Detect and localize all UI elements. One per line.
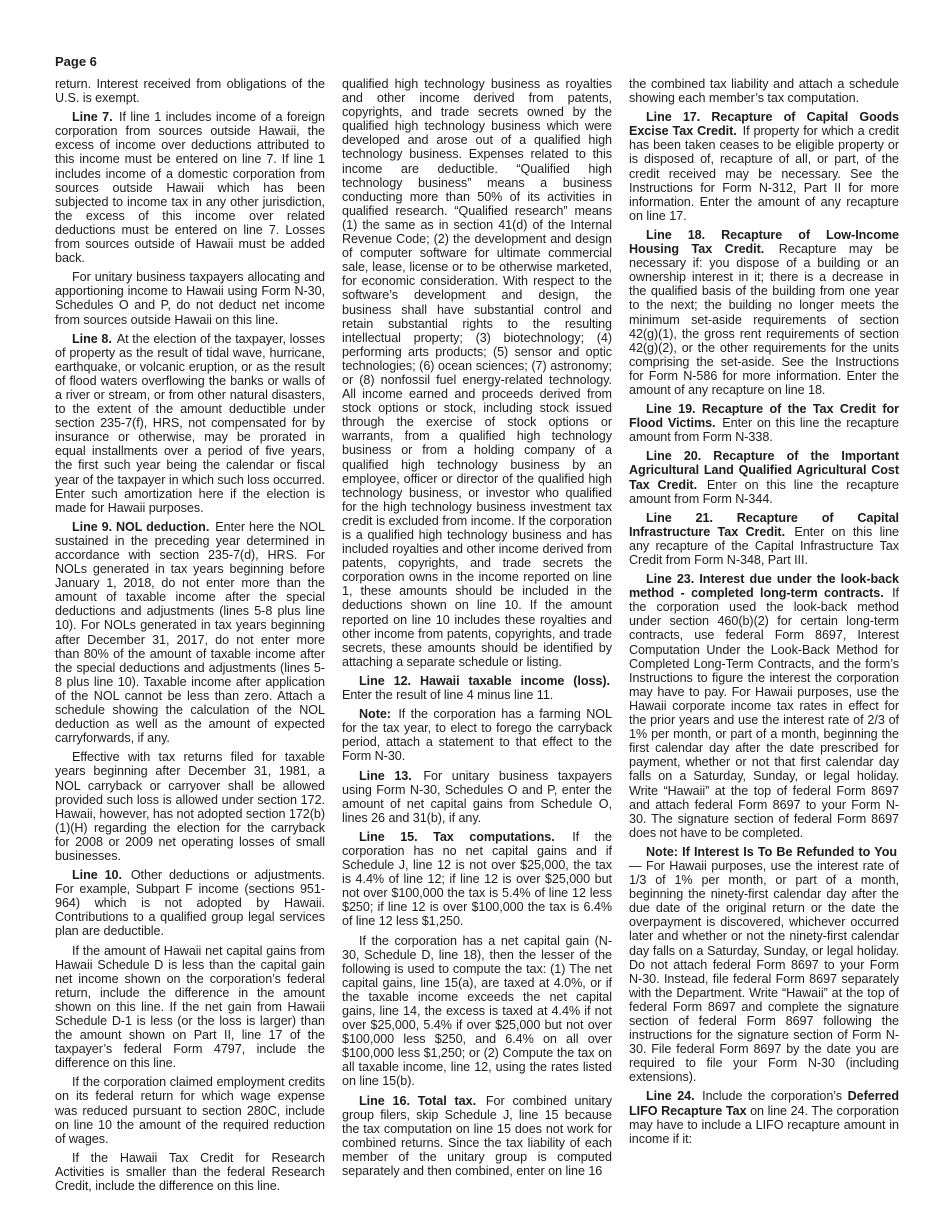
paragraph: return. Interest received from obligatio… xyxy=(55,77,325,105)
paragraph: Line 19. Recapture of the Tax Credit for… xyxy=(629,402,899,444)
text-column-1: return. Interest received from obligatio… xyxy=(55,77,325,1199)
body-text: Enter here the NOL sustained in the prec… xyxy=(55,520,325,745)
paragraph: Line 21. Recapture of Capital Infrastruc… xyxy=(629,511,899,567)
paragraph: Line 15. Tax computations. If the corpor… xyxy=(342,830,612,929)
body-text: Include the corporation’s xyxy=(697,1089,848,1103)
paragraph: Line 7. If line 1 includes income of a f… xyxy=(55,110,325,265)
bold-lead-text: Note: xyxy=(359,707,393,721)
bold-lead-text: Line 24. xyxy=(646,1089,697,1103)
bold-lead-text: Line 8. xyxy=(72,332,114,346)
paragraph: If the corporation has a net capital gai… xyxy=(342,934,612,1089)
paragraph: Line 17. Recapture of Capital Goods Exci… xyxy=(629,110,899,223)
body-text: qualified high technology business as ro… xyxy=(342,77,612,669)
body-text: Recapture may be necessary if: you dispo… xyxy=(629,242,899,397)
body-text: For unitary business taxpayers allocatin… xyxy=(55,270,325,326)
paragraph: Line 13. For unitary business taxpayers … xyxy=(342,769,612,825)
paragraph: For Hawaii income tax purposes, taxable … xyxy=(55,1198,325,1199)
body-text: If the corporation used the look-back me… xyxy=(629,586,899,840)
text-column-2: qualified high technology business as ro… xyxy=(342,77,612,1199)
paragraph: Line 12. Hawaii taxable income (loss). E… xyxy=(342,674,612,702)
body-text: For Hawaii income tax purposes, taxable … xyxy=(55,1198,325,1199)
paragraph: qualified high technology business as ro… xyxy=(342,77,612,669)
bold-lead-text: Line 15. Tax computations. xyxy=(359,830,557,844)
bold-lead-text: Line 16. Total tax. xyxy=(359,1094,478,1108)
bold-lead-text: Note: If Interest Is To Be Refunded to Y… xyxy=(646,845,899,859)
paragraph: Line 18. Recapture of Low-Income Housing… xyxy=(629,228,899,397)
text-columns: return. Interest received from obligatio… xyxy=(0,69,950,1199)
bold-lead-text: Line 10. xyxy=(72,868,124,882)
text-column-3: the combined tax liability and attach a … xyxy=(629,77,899,1199)
paragraph: Line 20. Recapture of the Important Agri… xyxy=(629,449,899,505)
body-text: If the amount of Hawaii net capital gain… xyxy=(55,944,325,1071)
bold-lead-text: Line 12. Hawaii taxable income (loss). xyxy=(359,674,612,688)
paragraph: Line 24. Include the corporation’s Defer… xyxy=(629,1089,899,1145)
body-text: return. Interest received from obligatio… xyxy=(55,77,325,105)
document-page: Page 6 return. Interest received from ob… xyxy=(0,0,950,1230)
paragraph: Line 23. Interest due under the look-bac… xyxy=(629,572,899,840)
body-text: Enter the result of line 4 minus line 11… xyxy=(342,688,553,702)
paragraph: Line 8. At the election of the taxpayer,… xyxy=(55,332,325,515)
bold-lead-text: Line 9. NOL deduction. xyxy=(72,520,211,534)
paragraph: Line 10. Other deductions or adjustments… xyxy=(55,868,325,938)
paragraph: Line 9. NOL deduction. Enter here the NO… xyxy=(55,520,325,746)
body-text: If line 1 includes income of a foreign c… xyxy=(55,110,325,265)
paragraph: the combined tax liability and attach a … xyxy=(629,77,899,105)
bold-lead-text: Line 13. xyxy=(359,769,414,783)
bold-lead-text: Line 7. xyxy=(72,110,115,124)
page-number-header: Page 6 xyxy=(0,0,950,69)
paragraph: Note: If the corporation has a farming N… xyxy=(342,707,612,763)
body-text: If property for which a credit has been … xyxy=(629,124,899,223)
paragraph: Effective with tax returns filed for tax… xyxy=(55,750,325,863)
paragraph: If the corporation claimed employment cr… xyxy=(55,1075,325,1145)
paragraph: Note: If Interest Is To Be Refunded to Y… xyxy=(629,845,899,1085)
bold-lead-text: Line 23. Interest due under the look-bac… xyxy=(629,572,899,600)
paragraph: If the Hawaii Tax Credit for Research Ac… xyxy=(55,1151,325,1193)
body-text: If the corporation has a net capital gai… xyxy=(342,934,612,1089)
body-text: — For Hawaii purposes, use the interest … xyxy=(629,859,899,1084)
body-text: If the Hawaii Tax Credit for Research Ac… xyxy=(55,1151,325,1193)
body-text: If the corporation has no net capital ga… xyxy=(342,830,612,929)
body-text: At the election of the taxpayer, losses … xyxy=(55,332,325,515)
paragraph: Line 16. Total tax. For combined unitary… xyxy=(342,1094,612,1179)
paragraph: If the amount of Hawaii net capital gain… xyxy=(55,944,325,1071)
paragraph: For unitary business taxpayers allocatin… xyxy=(55,270,325,326)
body-text: the combined tax liability and attach a … xyxy=(629,77,899,105)
body-text: If the corporation claimed employment cr… xyxy=(55,1075,325,1145)
body-text: Effective with tax returns filed for tax… xyxy=(55,750,325,863)
